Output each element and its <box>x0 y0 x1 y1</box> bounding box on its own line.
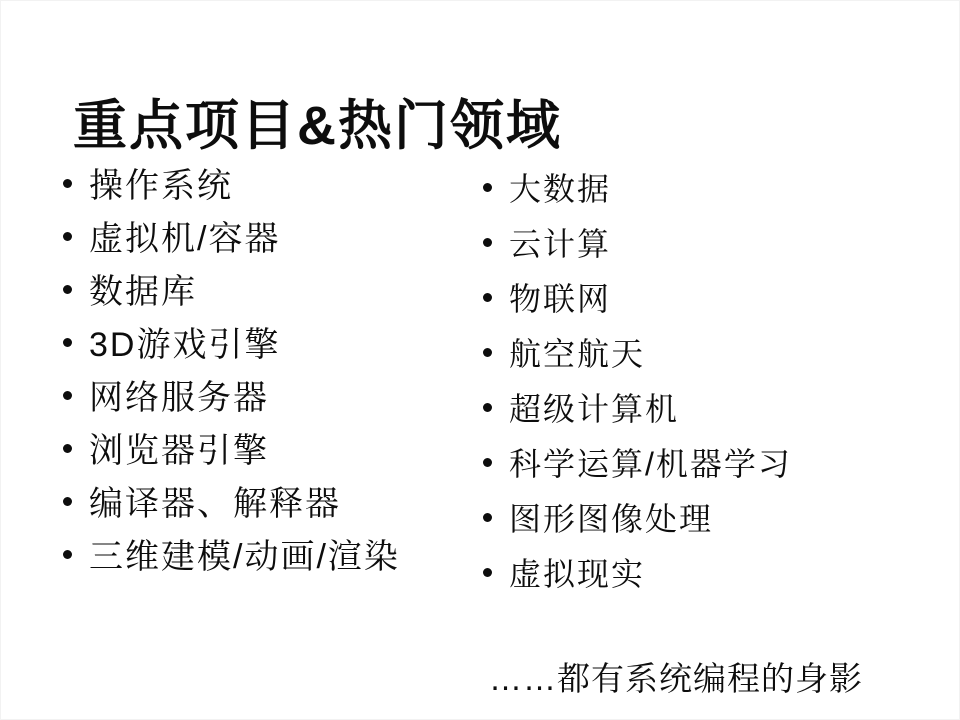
bullet-icon <box>63 285 72 294</box>
footer-note: ……都有系统编程的身影 <box>489 653 863 700</box>
bullet-icon <box>63 338 72 347</box>
bullet-list-right: 大数据 云计算 物联网 航空航天 超级计算机 科学运算/机器学习 图形图像处理 <box>483 159 792 599</box>
list-item-label: 虚拟现实 <box>509 549 645 595</box>
list-item-label: 超级计算机 <box>509 384 679 430</box>
list-item: 浏览器引擎 <box>63 421 400 474</box>
bullet-list-left: 操作系统 虚拟机/容器 数据库 3D游戏引擎 网络服务器 浏览器引擎 编译器、解… <box>63 156 400 580</box>
bullet-icon <box>63 232 72 241</box>
list-item-label: 云计算 <box>509 219 611 265</box>
list-item: 虚拟机/容器 <box>63 209 400 262</box>
list-item-label: 网络服务器 <box>89 370 269 419</box>
list-item: 数据库 <box>63 262 400 315</box>
bullet-icon <box>63 444 72 453</box>
list-item: 物联网 <box>483 269 792 324</box>
slide-title: 重点项目&热门领域 <box>73 83 562 160</box>
list-item: 航空航天 <box>483 324 792 379</box>
bullet-icon <box>483 183 492 192</box>
list-item: 科学运算/机器学习 <box>483 434 792 489</box>
list-item-label: 物联网 <box>509 274 611 320</box>
list-item: 图形图像处理 <box>483 489 792 544</box>
list-item: 大数据 <box>483 159 792 214</box>
list-item-label: 数据库 <box>89 264 197 313</box>
bullet-icon <box>63 550 72 559</box>
bullet-icon <box>483 293 492 302</box>
list-item: 三维建模/动画/渲染 <box>63 527 400 580</box>
list-item-label: 虚拟机/容器 <box>89 211 280 260</box>
list-item-label: 操作系统 <box>89 158 233 207</box>
list-item-label: 编译器、解释器 <box>89 476 341 525</box>
list-item-label: 图形图像处理 <box>509 494 713 540</box>
bullet-icon <box>63 179 72 188</box>
list-item-label: 科学运算/机器学习 <box>509 439 792 485</box>
list-item: 3D游戏引擎 <box>63 315 400 368</box>
list-item: 超级计算机 <box>483 379 792 434</box>
list-item-label: 浏览器引擎 <box>89 423 269 472</box>
bullet-icon <box>63 497 72 506</box>
list-item-label: 三维建模/动画/渲染 <box>89 529 400 578</box>
list-item: 操作系统 <box>63 156 400 209</box>
list-item: 编译器、解释器 <box>63 474 400 527</box>
bullet-icon <box>483 348 492 357</box>
bullet-icon <box>483 513 492 522</box>
bullet-icon <box>483 403 492 412</box>
list-item-label: 大数据 <box>509 164 611 210</box>
bullet-icon <box>483 458 492 467</box>
list-item: 虚拟现实 <box>483 544 792 599</box>
bullet-icon <box>483 238 492 247</box>
list-item: 云计算 <box>483 214 792 269</box>
list-item-label: 航空航天 <box>509 329 645 375</box>
presentation-slide: 重点项目&热门领域 操作系统 虚拟机/容器 数据库 3D游戏引擎 网络服务器 浏… <box>0 0 960 720</box>
list-item: 网络服务器 <box>63 368 400 421</box>
bullet-icon <box>483 568 492 577</box>
bullet-icon <box>63 391 72 400</box>
list-item-label: 3D游戏引擎 <box>89 317 280 366</box>
